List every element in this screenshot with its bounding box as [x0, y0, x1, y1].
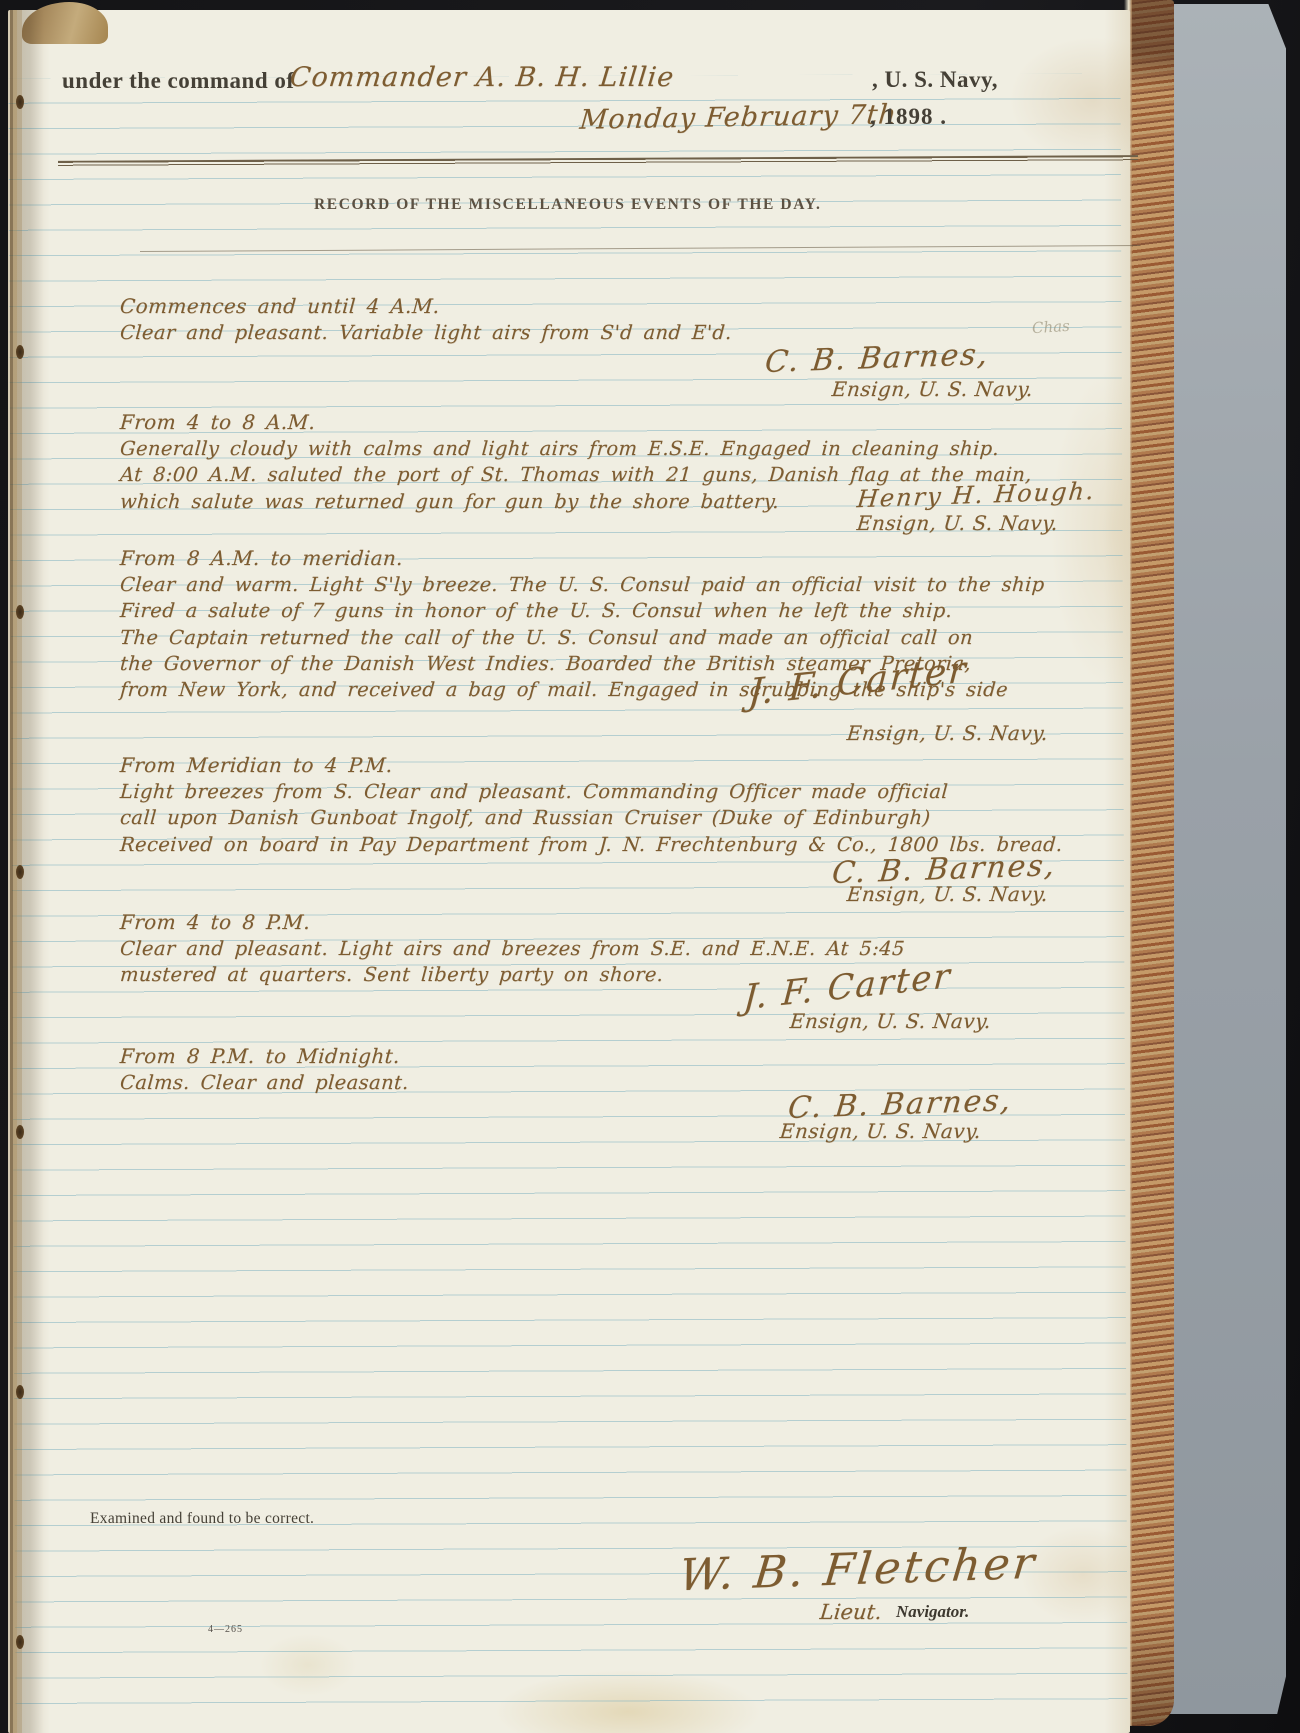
log-entry: From 4 to 8 A.M.Generally cloudy with ca…: [120, 409, 1132, 515]
entry-text-line: Clear and pleasant. Light airs and breez…: [119, 936, 1133, 962]
section-title: RECORD OF THE MISCELLANEOUS EVENTS OF TH…: [314, 196, 821, 214]
log-entry: From Meridian to 4 P.M.Light breezes fro…: [120, 752, 1132, 858]
preprinted-command-text: under the command of: [62, 68, 295, 94]
entry-watch-heading: From 8 P.M. to Midnight.: [119, 1043, 1133, 1070]
navigator-rank-handwriting: Lieut.: [819, 1600, 883, 1624]
scanned-logbook-photo: under the command of Commander A. B. H. …: [0, 0, 1300, 1733]
binding-stitch: [16, 95, 24, 109]
entry-text-line: The Captain returned the call of the U. …: [119, 625, 1133, 651]
log-entry: From 4 to 8 P.M.Clear and pleasant. Ligh…: [120, 909, 1132, 989]
gray-backing-sheet: [1160, 4, 1286, 1714]
binding-stitch: [16, 345, 24, 359]
binding-stitch: [16, 605, 24, 619]
entry-text-line: the Governor of the Danish West Indies. …: [119, 651, 1133, 677]
logbook-page: under the command of Commander A. B. H. …: [8, 10, 1130, 1733]
entry-text-line: Light breezes from S. Clear and pleasant…: [119, 779, 1133, 805]
preprinted-year-text: , 1898 .: [870, 104, 947, 130]
date-handwriting: Monday February 7th: [578, 99, 898, 136]
binding-stitch: [16, 1125, 24, 1139]
preprinted-navigator-label: Navigator.: [896, 1602, 969, 1622]
binding-stitch: [16, 1635, 24, 1649]
entry-text-line: from New York, and received a bag of mai…: [119, 677, 1133, 703]
entry-text-line: Clear and warm. Light S'ly breeze. The U…: [119, 572, 1133, 598]
officer-rank: Ensign, U. S. Navy.: [831, 377, 1035, 401]
page-stack-fore-edge: [1128, 0, 1174, 1726]
entry-text-line: Generally cloudy with calms and light ai…: [119, 436, 1133, 462]
officer-rank: Ensign, U. S. Navy.: [846, 882, 1050, 906]
examined-certification-text: Examined and found to be correct.: [90, 1510, 314, 1528]
officer-rank: Ensign, U. S. Navy.: [779, 1119, 983, 1143]
form-number: 4—265: [208, 1624, 243, 1635]
officer-rank: Ensign, U. S. Navy.: [789, 1009, 993, 1033]
entry-watch-heading: From 4 to 8 P.M.: [119, 909, 1133, 936]
officer-rank: Ensign, U. S. Navy.: [846, 721, 1050, 745]
officer-rank: Ensign, U. S. Navy.: [856, 511, 1060, 535]
preprinted-navy-text: , U. S. Navy,: [872, 67, 998, 93]
log-entry: From 8 A.M. to meridian.Clear and warm. …: [120, 545, 1132, 703]
entry-watch-heading: From 8 A.M. to meridian.: [119, 545, 1133, 572]
entry-text-line: mustered at quarters. Sent liberty party…: [119, 962, 1133, 988]
binding-stitch: [16, 1385, 24, 1399]
entry-watch-heading: From Meridian to 4 P.M.: [119, 752, 1133, 779]
log-entry: Commences and until 4 A.M.Clear and plea…: [120, 293, 1132, 346]
entry-text-line: call upon Danish Gunboat Ingolf, and Rus…: [119, 805, 1133, 831]
entry-watch-heading: Commences and until 4 A.M.: [119, 293, 1133, 320]
binding-stitch: [16, 865, 24, 879]
log-entry: From 8 P.M. to Midnight.Calms. Clear and…: [120, 1043, 1132, 1096]
entry-watch-heading: From 4 to 8 A.M.: [119, 409, 1133, 436]
entry-text-line: Fired a salute of 7 guns in honor of the…: [119, 598, 1133, 624]
commander-name-handwriting: Commander A. B. H. Lillie: [288, 62, 675, 93]
